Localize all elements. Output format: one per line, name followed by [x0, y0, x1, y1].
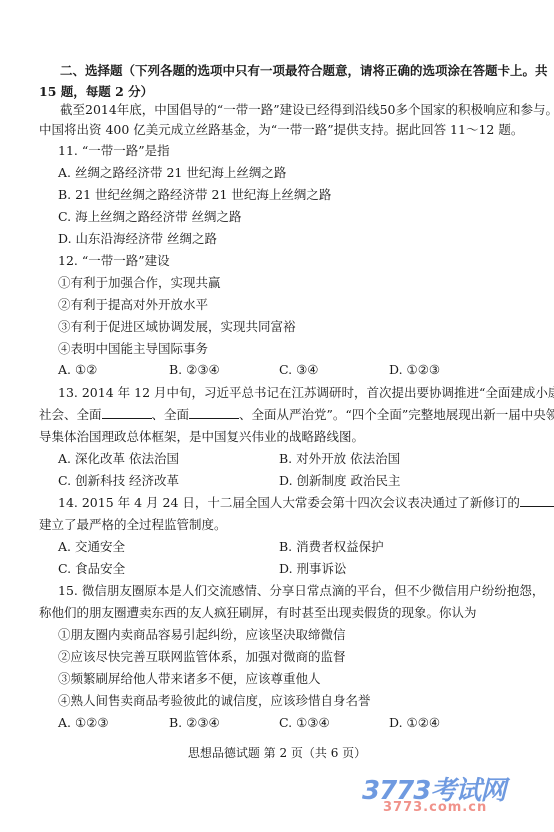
q12-statement-4: ④表明中国能主导国际事务 — [58, 340, 208, 358]
q15-option-c[interactable]: C. ①③④ — [279, 714, 330, 732]
q11-option-d[interactable]: D. 山东沿海经济带 丝绸之路 — [58, 230, 217, 248]
q15-statement-2: ②应该尽快完善互联网监管体系，加强对微商的监督 — [58, 648, 346, 666]
watermark-url: 3773.com.cn — [383, 800, 487, 815]
q14-blank — [520, 494, 554, 507]
q11-option-c[interactable]: C. 海上丝绸之路经济带 丝绸之路 — [58, 208, 242, 226]
q13-text-a: 社会、全面 — [39, 407, 102, 422]
q13-text-b: 、全面 — [152, 407, 190, 422]
q12-stem: 12. “一带一路”建设 — [58, 252, 170, 270]
q12-option-d[interactable]: D. ①②③ — [389, 361, 440, 379]
q15-option-b[interactable]: B. ②③④ — [169, 714, 220, 732]
q12-statement-3: ③有利于促进区域协调发展，实现共同富裕 — [58, 318, 296, 336]
q13-stem-line3: 导集体治国理政总体框架，是中国复兴伟业的战略路线图。 — [39, 428, 364, 446]
q15-statement-1: ①朋友圈内卖商品容易引起纠纷，应该坚决取缔微信 — [58, 626, 346, 644]
q13-text-c: 、全面从严治党”。“四个全面”完整地展现出新一届中央领 — [239, 407, 554, 422]
q13-option-c[interactable]: C. 创新科技 经济改革 — [58, 472, 179, 490]
q12-option-a[interactable]: A. ①② — [58, 361, 97, 379]
q14-option-b[interactable]: B. 消费者权益保护 — [279, 538, 384, 556]
q15-statement-3: ③频繁刷屏给他人带来诸多不便，应该尊重他人 — [58, 670, 321, 688]
q13-option-b[interactable]: B. 对外开放 依法治国 — [279, 450, 400, 468]
q13-stem-line2: 社会、全面、全面、全面从严治党”。“四个全面”完整地展现出新一届中央领 — [39, 406, 554, 424]
q15-stem-line1: 15. 微信朋友圈原本是人们交流感情、分享日常点滴的平台，但不少微信用户纷纷抱怨… — [58, 582, 544, 600]
q11-option-b[interactable]: B. 21 世纪丝绸之路经济带 21 世纪海上丝绸之路 — [58, 186, 331, 204]
page-footer: 思想品德试题 第 2 页（共 6 页） — [0, 744, 554, 762]
q13-stem-line1: 13. 2014 年 12 月中旬，习近平总书记在江苏调研时，首次提出要协调推进… — [58, 384, 554, 402]
q14-option-a[interactable]: A. 交通安全 — [58, 538, 125, 556]
q12-option-b[interactable]: B. ②③④ — [169, 361, 220, 379]
q14-option-c[interactable]: C. 食品安全 — [58, 560, 125, 578]
section-heading-line1: 二、选择题（下列各题的选项中只有一项最符合题意，请将正确的选项涂在答题卡上。共 — [60, 62, 548, 80]
q12-statement-1: ①有利于加强合作，实现共赢 — [58, 274, 221, 292]
q13-option-d[interactable]: D. 创新制度 政治民主 — [279, 472, 401, 490]
material-line2: 中国将出资 400 亿美元成立丝路基金，为“一带一路”提供支持。据此回答 11～… — [39, 121, 523, 139]
q12-option-c[interactable]: C. ③④ — [279, 361, 318, 379]
q15-stem-line2: 称他们的朋友圈遭卖东西的友人疯狂刷屏，有时甚至出现卖假货的现象。你认为 — [39, 604, 477, 622]
q14-stem-line1: 14. 2015 年 4 月 24 日，十二届全国人大常委会第十四次会议表决通过… — [58, 494, 554, 512]
q14-option-d[interactable]: D. 刑事诉讼 — [279, 560, 347, 578]
q13-blank-1 — [102, 406, 152, 419]
section-heading-line2: 15 题，每题 2 分） — [39, 83, 153, 101]
q15-statement-4: ④熟人间售卖商品考验彼此的诚信度，应该珍惜自身名誉 — [58, 692, 371, 710]
q11-option-a[interactable]: A. 丝绸之路经济带 21 世纪海上丝绸之路 — [58, 164, 286, 182]
q13-option-a[interactable]: A. 深化改革 依法治国 — [58, 450, 179, 468]
q11-stem: 11. “一带一路”是指 — [58, 142, 170, 160]
q15-option-a[interactable]: A. ①②③ — [58, 714, 109, 732]
material-line1: 截至2014年底，中国倡导的“一带一路”建设已经得到沿线50多个国家的积极响应和… — [60, 101, 554, 119]
q12-statement-2: ②有利于提高对外开放水平 — [58, 296, 208, 314]
q14-stem-line2: 建立了最严格的全过程监管制度。 — [39, 516, 227, 534]
q15-option-d[interactable]: D. ①②④ — [389, 714, 440, 732]
q14-text-a: 14. 2015 年 4 月 24 日，十二届全国人大常委会第十四次会议表决通过… — [58, 495, 520, 510]
q13-blank-2 — [189, 406, 239, 419]
